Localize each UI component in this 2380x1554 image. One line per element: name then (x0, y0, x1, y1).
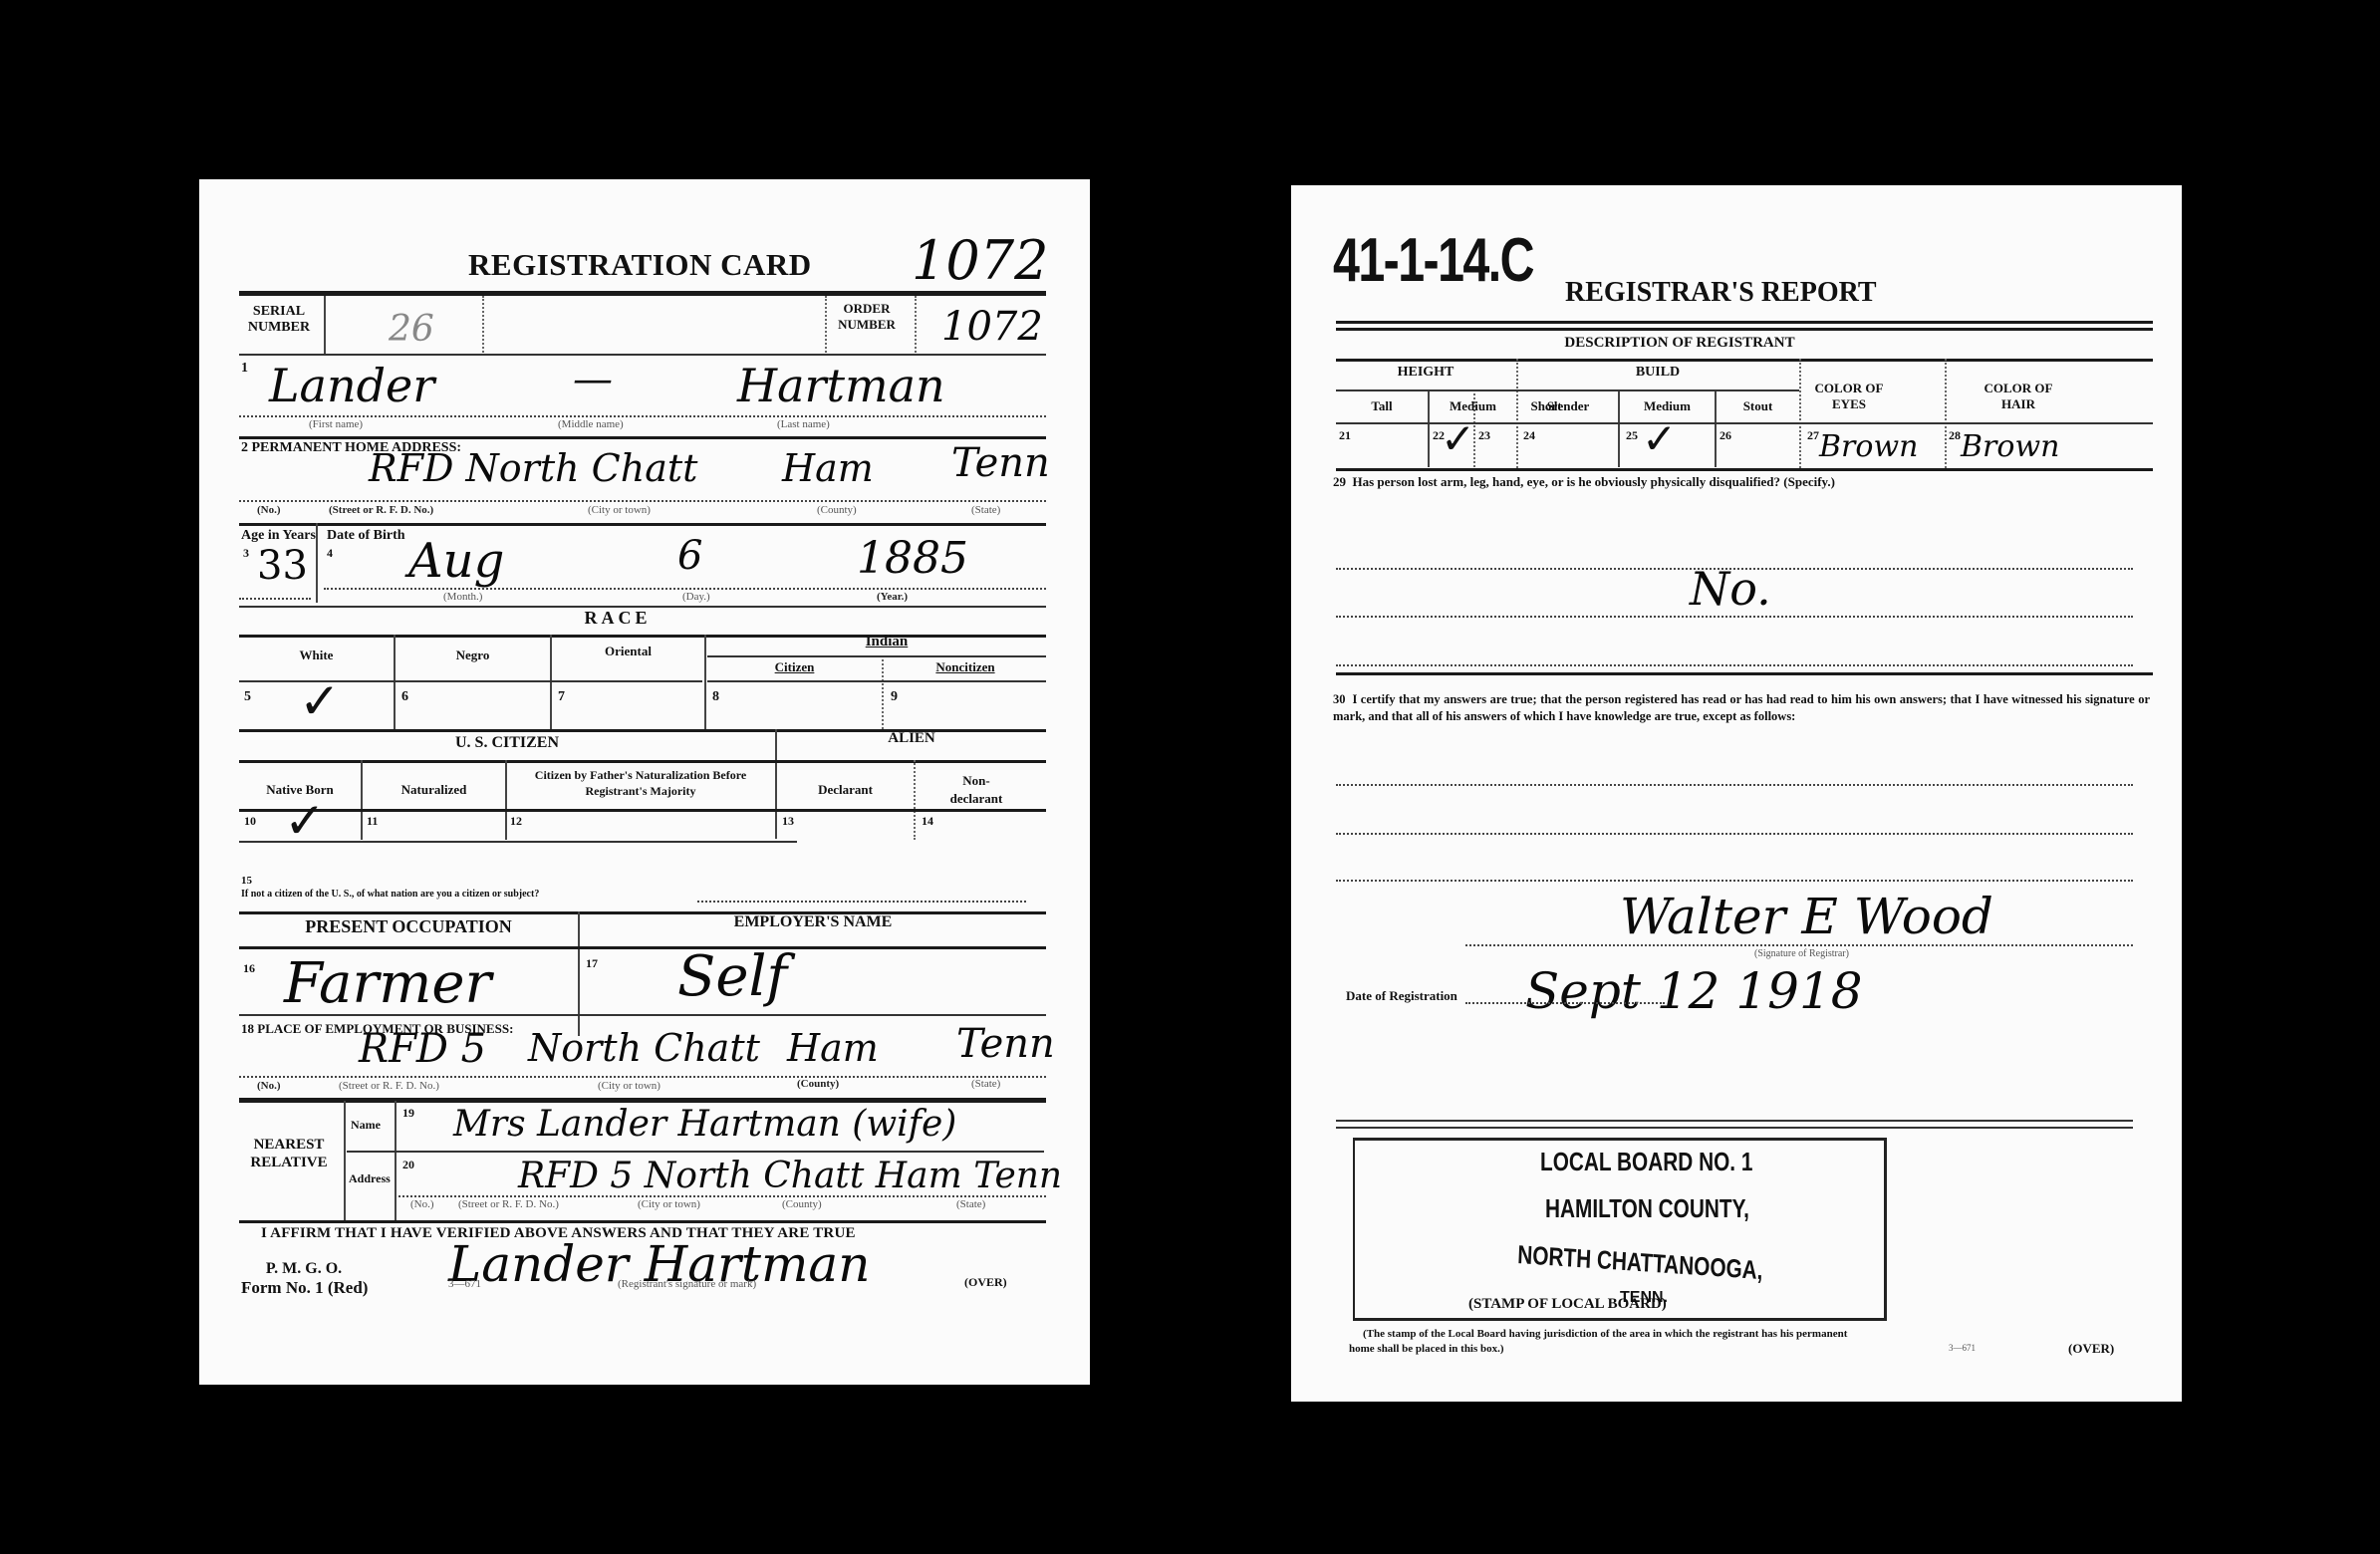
home-county: Ham (782, 446, 874, 490)
registrars-report-card: 41-1-14.C REGISTRAR'S REPORT DESCRIPTION… (1291, 185, 2182, 1402)
field-number: 24 (1523, 428, 1535, 443)
registration-date-value: Sept 12 1918 (1525, 962, 1863, 1020)
label-day: (Day.) (682, 591, 710, 603)
stamp-caption: (STAMP OF LOCAL BOARD) (1468, 1296, 1667, 1313)
field-number: 25 (1626, 428, 1638, 443)
occupation-value: Farmer (284, 951, 491, 1016)
label-street: (Street or R. F. D. No.) (329, 504, 433, 516)
middle-name: — (573, 357, 613, 402)
age-label: Age in Years (241, 528, 316, 544)
report-form-code: 3—671 (1949, 1343, 1976, 1353)
stamp-line-1: LOCAL BOARD NO. 1 (1540, 1147, 1752, 1177)
label-city: (City or town) (638, 1198, 700, 1210)
last-name-label: (Last name) (777, 418, 830, 430)
form-code: 3—671 (448, 1278, 481, 1290)
label-county: (County) (782, 1198, 822, 1210)
field-number: 20 (402, 1158, 414, 1172)
field-number: 16 (243, 961, 255, 976)
label-street: (Street or R. F. D. No.) (339, 1080, 439, 1092)
employer-label: EMPLOYER'S NAME (580, 913, 1046, 931)
field-number: 14 (922, 814, 933, 829)
employment-state: Tenn (956, 1021, 1055, 1067)
field-number: 7 (558, 689, 565, 705)
registration-date-label: Date of Registration (1346, 988, 1457, 1004)
height-tall-label: Tall (1336, 398, 1428, 414)
field-29-text: Has person lost arm, leg, hand, eye, or … (1353, 474, 1835, 489)
relative-address-label: Address (349, 1171, 391, 1186)
field-number: 27 (1807, 428, 1819, 443)
build-slender-label: Slender (1518, 398, 1618, 414)
occupation-label: PRESENT OCCUPATION (239, 916, 578, 937)
field-29-value: No. (1690, 562, 1771, 616)
field-number: 30 (1333, 692, 1346, 706)
field-number: 13 (782, 814, 794, 829)
us-citizen-label: U. S. CITIZEN (239, 734, 775, 752)
race-indian-citizen-label: Citizen (707, 659, 882, 675)
race-white-label: White (239, 647, 394, 663)
label-county: (County) (797, 1078, 839, 1090)
label-state: (State) (971, 504, 1000, 516)
stamp-line-2: HAMILTON COUNTY, (1545, 1193, 1749, 1224)
registrar-signature-label: (Signature of Registrar) (1754, 948, 1849, 959)
pmgo-label: P. M. G. O. (239, 1260, 369, 1278)
field-30-label: 30 I certify that my answers are true; t… (1333, 691, 2150, 725)
label-street: (Street or R. F. D. No.) (458, 1198, 559, 1210)
dob-month: Aug (408, 533, 504, 589)
label-city: (City or town) (598, 1080, 661, 1092)
height-medium-check: ✓ (1441, 414, 1475, 463)
employment-street: RFD 5 (359, 1026, 486, 1072)
order-number-label: ORDER NUMBER (827, 301, 907, 333)
field-number: 9 (891, 689, 898, 705)
height-label: HEIGHT (1336, 365, 1515, 381)
build-medium-label: Medium (1620, 398, 1715, 414)
label-state: (State) (956, 1198, 985, 1210)
field-number: 26 (1719, 428, 1731, 443)
field-number: 6 (401, 689, 408, 705)
eyes-value: Brown (1819, 429, 1918, 464)
middle-name-label: (Middle name) (558, 418, 624, 430)
label-no: (No.) (410, 1198, 434, 1210)
alien-label: ALIEN (777, 730, 1046, 747)
label-month: (Month.) (443, 591, 482, 603)
field-number: 10 (244, 814, 256, 829)
dob-label: Date of Birth (327, 528, 405, 544)
field-number: 19 (402, 1106, 414, 1121)
relative-address-value: RFD 5 North Chatt Ham Tenn (518, 1156, 1062, 1196)
field-number: 17 (586, 956, 598, 971)
race-white-check: ✓ (299, 672, 341, 730)
field-number: 11 (367, 814, 378, 829)
build-label: BUILD (1518, 365, 1797, 381)
top-number: 1072 (912, 229, 1048, 292)
field-number: 4 (327, 546, 333, 561)
home-street: RFD North Chatt (369, 446, 697, 490)
last-name: Hartman (737, 359, 945, 412)
first-name: Lander (269, 359, 434, 412)
fathers-naturalization-label: Citizen by Father's Naturalization Befor… (510, 767, 771, 799)
report-title: REGISTRAR'S REPORT (1565, 277, 1877, 309)
race-indian-label: Indian (797, 634, 976, 650)
order-number-value: 1072 (941, 304, 1043, 350)
registrar-signature: Walter E Wood (1620, 888, 1993, 945)
label-county: (County) (817, 504, 857, 516)
dob-year: 1885 (857, 533, 968, 584)
stamp-note: (The stamp of the Local Board having jur… (1349, 1327, 1867, 1357)
non-declarant-label: Non-declarant (936, 772, 1016, 808)
label-year: (Year.) (877, 591, 908, 603)
field-number: 29 (1333, 474, 1346, 489)
race-negro-label: Negro (396, 647, 550, 663)
field-number: 15 (241, 875, 252, 887)
label-city: (City or town) (588, 504, 651, 516)
field-number: 23 (1478, 428, 1490, 443)
relative-name-value: Mrs Lander Hartman (wife) (453, 1104, 956, 1145)
field-number: 1 (241, 361, 248, 377)
race-indian-noncitizen-label: Noncitizen (885, 659, 1046, 675)
field-15-label: If not a citizen of the U. S., of what n… (241, 889, 539, 900)
employer-value: Self (677, 944, 787, 1009)
over-label: (OVER) (964, 1275, 1007, 1290)
label-no: (No.) (257, 504, 281, 516)
employment-county: Ham (787, 1026, 879, 1070)
eyes-label: COLOR OF EYES (1809, 381, 1889, 412)
naturalized-label: Naturalized (363, 782, 505, 798)
field-30-text: I certify that my answers are true; that… (1333, 692, 2150, 723)
report-over-label: (OVER) (2068, 1341, 2114, 1357)
age-value: 33 (257, 543, 308, 589)
report-code: 41-1-14.C (1333, 225, 1533, 296)
registration-card: REGISTRATION CARD 1072 SERIAL NUMBER 26 … (199, 179, 1090, 1385)
dob-day: 6 (677, 533, 702, 579)
relative-name-label: Name (351, 1118, 381, 1133)
field-29-label: 29 Has person lost arm, leg, hand, eye, … (1333, 474, 2150, 490)
hair-value: Brown (1961, 429, 2059, 464)
first-name-label: (First name) (309, 418, 363, 430)
card-title: REGISTRATION CARD (468, 247, 767, 283)
description-title: DESCRIPTION OF REGISTRANT (1441, 335, 1919, 352)
field-number: 21 (1339, 428, 1351, 443)
field-number: 8 (712, 689, 719, 705)
registrant-signature-label: (Registrant's signature or mark) (618, 1278, 756, 1290)
field-number: 3 (243, 546, 249, 561)
race-title: RACE (558, 608, 677, 629)
nearest-relative-label: NEAREST RELATIVE (239, 1136, 339, 1171)
field-number: 5 (244, 689, 251, 705)
field-number: 12 (510, 814, 522, 829)
serial-number-value: 26 (389, 309, 434, 350)
label-state: (State) (971, 1078, 1000, 1090)
race-oriental-label: Oriental (552, 644, 704, 659)
declarant-label: Declarant (777, 782, 914, 798)
label-no: (No.) (257, 1080, 281, 1092)
build-stout-label: Stout (1717, 398, 1799, 414)
form-number: Form No. 1 (Red) (241, 1278, 368, 1298)
hair-label: COLOR OF HAIR (1979, 381, 2058, 412)
field-number: 28 (1949, 428, 1961, 443)
build-medium-check: ✓ (1642, 414, 1677, 463)
serial-number-label: SERIAL NUMBER (239, 304, 319, 336)
home-state: Tenn (951, 440, 1050, 486)
employment-city: North Chatt (528, 1026, 760, 1070)
